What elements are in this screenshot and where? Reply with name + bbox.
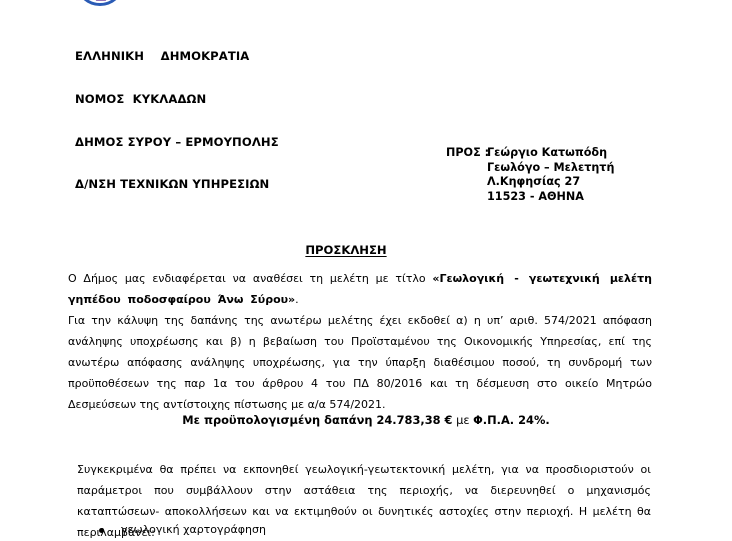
letterhead-municipality: ΔΗΜΟΣ ΣΥΡΟΥ – ΕΡΜΟΥΠΟΛΗΣ [75,135,279,149]
letterhead-country: ΕΛΛΗΝΙΚΗ ΔΗΜΟΚΡΑΤΙΑ [75,49,279,63]
letterhead: ΕΛΛΗΝΙΚΗ ΔΗΜΟΚΡΑΤΙΑ ΝΟΜΟΣ ΚΥΚΛΑΔΩΝ ΔΗΜΟΣ… [75,21,279,206]
letterhead-department: Δ/ΝΣΗ ΤΕΧΝΙΚΩΝ ΥΠΗΡΕΣΙΩΝ [75,177,279,191]
list-item: γεωλογική χαρτογράφηση [96,522,266,538]
recipient-block: ΠΡΟΣ : Γεώργιο Κατωπόδη Γεωλόγο – Μελετη… [446,146,614,204]
document-title: ΠΡΟΣΚΛΗΣΗ [305,243,386,257]
cost-connector: με [452,413,473,427]
study-items-list: γεωλογική χαρτογράφηση [96,522,266,538]
recipient-label: ΠΡΟΣ : [446,146,487,161]
list-item-text: γεωλογική χαρτογράφηση [121,522,266,538]
cost-line: Με προϋπολογισμένη δαπάνη 24.783,38 € με… [0,413,732,427]
intro-text: Ο Δήμος μας ενδιαφέρεται να αναθέσει τη … [68,272,432,285]
recipient-name: Γεώργιο Κατωπόδη [487,146,607,161]
recipient-role: Γεωλόγο – Μελετητή [446,161,614,176]
greek-emblem-logo [75,0,125,6]
bullet-icon [99,528,104,533]
emblem-figure-icon [96,0,111,1]
cost-amount: 24.783,38 € [376,413,452,427]
cost-prefix: Με προϋπολογισμένη δαπάνη [182,413,376,427]
paragraph-intro: Ο Δήμος μας ενδιαφέρεται να αναθέσει τη … [68,268,652,310]
recipient-address: Λ.Κηφησίας 27 [446,175,614,190]
paragraph-funding: Για την κάλυψη της δαπάνης της ανωτέρω μ… [68,310,652,415]
letterhead-prefecture: ΝΟΜΟΣ ΚΥΚΛΑΔΩΝ [75,92,279,106]
intro-end: . [295,293,299,306]
cost-vat: Φ.Π.Α. 24%. [473,413,550,427]
document-title-wrapper: ΠΡΟΣΚΛΗΣΗ [0,243,692,257]
recipient-postal-city: 11523 - ΑΘΗΝΑ [446,190,614,205]
